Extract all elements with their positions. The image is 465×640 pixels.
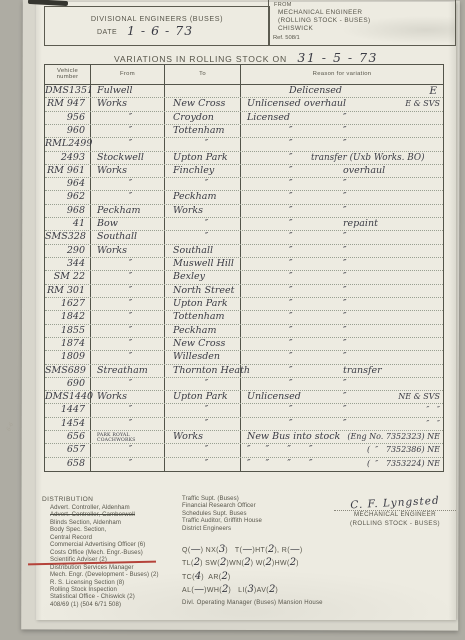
distribution-item: Costs Office (Mech. Engr.-Buses): [42, 550, 192, 557]
reason-secondary: ″: [343, 418, 347, 431]
recipient-item: Financial Research Officer: [182, 503, 357, 510]
from-cell: ″: [91, 298, 165, 310]
sender-box: DIVISIONAL ENGINEERS (BUSES) DATE 1 - 6 …: [44, 6, 270, 46]
vehicle-number-cell: 960: [45, 125, 91, 137]
from-cell: ″: [91, 138, 165, 150]
vehicle-number-cell: 690: [45, 378, 91, 390]
from-cell: Southall: [91, 231, 165, 243]
table-header-row: Vehicle number From To Reason for variat…: [45, 65, 443, 85]
reason-cell: ″″: [241, 138, 443, 150]
vehicle-number: RM 961: [47, 165, 85, 176]
to-cell: ″: [165, 444, 241, 456]
recipient-item: Traffic Supt. (Buses): [182, 496, 357, 503]
reason-secondary: repaint: [343, 218, 378, 231]
reason-secondary: ″: [343, 285, 347, 298]
reason-cell: ″″: [241, 378, 443, 390]
table-row: RML2499″″″″: [45, 138, 443, 151]
vehicle-number-cell: SMS328: [45, 231, 91, 243]
from-value: Works: [97, 245, 127, 256]
reason-cell: ″″: [241, 351, 443, 363]
reason-ditto-1: ″: [289, 325, 293, 338]
from-value: Bow: [97, 218, 118, 229]
reason-secondary: ″: [343, 338, 347, 351]
handwritten-count: —: [242, 544, 252, 555]
col-header-to: To: [165, 65, 241, 84]
to-cell: Tottenham: [165, 311, 241, 323]
table-row: 1454″″″″″ ″: [45, 418, 443, 431]
to-cell: ″: [165, 138, 241, 150]
reason-secondary: ″: [343, 325, 347, 338]
to-value: New Cross: [173, 338, 225, 349]
vehicle-number-cell: RML2499: [45, 138, 91, 150]
vehicle-number: DMS1351: [45, 85, 93, 96]
reason-secondary: transfer: [343, 365, 382, 378]
from-cell: ″: [91, 444, 165, 456]
vehicle-number-cell: 1447: [45, 404, 91, 416]
reason-ditto-1: ″: [289, 205, 293, 218]
reason-cell: ″″″ ″: [241, 404, 443, 416]
to-value: Willesden: [173, 351, 220, 362]
table-row: 1874″New Cross″″: [45, 338, 443, 351]
to-value: Muswell Hill: [173, 258, 234, 269]
reason-ditto-1: ″: [289, 191, 293, 204]
reason-secondary: ″: [343, 298, 347, 311]
to-value: Works: [173, 205, 203, 216]
divl-operating-manager-line: Divl. Operating Manager (Buses) Mansion …: [182, 600, 323, 606]
vehicle-number: 344: [67, 258, 85, 269]
reason-code-annotation: E & SVS: [405, 98, 440, 111]
to-cell: Croydon: [165, 112, 241, 124]
reason-ditto-1: ″: [289, 365, 293, 378]
reason-ditto-1: ″: [289, 165, 293, 178]
distribution-items: Advert. Controller, AldenhamAdvert. Cont…: [42, 505, 192, 609]
reason-cell: ″″: [241, 231, 443, 243]
from-cell: ″: [91, 285, 165, 297]
vehicle-number-cell: RM 961: [45, 165, 91, 177]
reason-secondary: ″: [343, 311, 347, 324]
signatory-title-2: (ROLLING STOCK - BUSES): [334, 520, 456, 529]
distribution-item: Advert. Controller, Camberwell: [42, 512, 192, 519]
reason-cell: New Bus into stock(Eng No. 7352323) NE: [241, 431, 443, 443]
district-code-line: TL(2) SW(2)WN(2) W(2)HW(2): [182, 557, 372, 570]
vehicle-number: 964: [67, 178, 85, 189]
from-value: Peckham: [97, 205, 140, 216]
reason-secondary: ″: [343, 378, 347, 391]
reason-secondary: ″: [343, 191, 347, 204]
vehicle-number-cell: 1627: [45, 298, 91, 310]
from-value: Stockwell: [97, 152, 144, 163]
vehicle-number: 956: [67, 112, 85, 123]
vehicle-number: 657: [67, 444, 85, 455]
reason-ditto-1: ″: [289, 271, 293, 284]
reason-ditto-1: ″: [289, 378, 293, 391]
vehicle-number-cell: 1809: [45, 351, 91, 363]
from-value: ″: [97, 311, 164, 324]
reason-code-annotation: ( ″ 7352386) NE: [367, 444, 440, 457]
to-value: ″: [173, 178, 240, 191]
handwritten-count: 2: [222, 584, 228, 595]
to-cell: New Cross: [165, 98, 241, 110]
from-value: ″: [97, 378, 164, 391]
vehicle-number-cell: 1855: [45, 325, 91, 337]
from-value: ″: [97, 404, 164, 417]
table-row: RM 301″North Street″″: [45, 285, 443, 298]
from-value: ″: [97, 138, 164, 151]
reason-secondary: transfer (Uxb Works. BO): [311, 152, 425, 165]
table-row: SMS328Southall″″″: [45, 231, 443, 244]
reason-secondary: ″: [343, 125, 347, 138]
from-value: ″: [97, 298, 164, 311]
reason-secondary: ″: [343, 391, 347, 404]
to-cell: ″: [165, 218, 241, 230]
distribution-item: Advert. Controller, Aldenham: [42, 505, 192, 512]
table-row: 1627″Upton Park″″: [45, 298, 443, 311]
vehicle-number: RM 947: [47, 98, 85, 109]
date-value-handwritten: 1 - 6 - 73: [127, 23, 193, 38]
distribution-item: Blinds Section, Aldenham: [42, 520, 192, 527]
reason-secondary: ″: [343, 112, 347, 125]
to-value: North Street: [173, 285, 234, 296]
reason-cell: ″transfer: [241, 365, 443, 377]
vehicle-number: 290: [67, 245, 85, 256]
reason-secondary: ″: [343, 258, 347, 271]
vehicle-number-cell: DMS1440: [45, 391, 91, 403]
from-cell: ″: [91, 458, 165, 471]
from-cell: ″: [91, 125, 165, 137]
distribution-item: Body Spec. Section,: [42, 527, 192, 534]
handwritten-count: 2: [194, 557, 200, 568]
vehicle-number-cell: RM 947: [45, 98, 91, 110]
handwritten-count: 4: [195, 571, 201, 582]
from-cell: ″: [91, 325, 165, 337]
vehicle-number: DMS1440: [45, 391, 93, 402]
vehicle-number: RML2499: [45, 138, 92, 149]
reason-cell: ″″: [241, 258, 443, 270]
vehicle-number: SM 22: [54, 271, 85, 282]
to-cell: ″: [165, 458, 241, 471]
from-cell: ″: [91, 418, 165, 430]
from-value: ″: [97, 258, 164, 271]
reason-secondary: ″: [343, 231, 347, 244]
reason-code-annotation: ″ ″: [426, 404, 440, 417]
table-row: 968PeckhamWorks″″: [45, 205, 443, 218]
to-value: Thornton Heath: [173, 365, 250, 376]
to-value: New Cross: [173, 98, 225, 109]
vehicle-number-cell: 344: [45, 258, 91, 270]
to-cell: Bexley: [165, 271, 241, 283]
to-value: Upton Park: [173, 152, 228, 163]
handwritten-count: —: [191, 544, 201, 555]
table-row: 964″″″″: [45, 178, 443, 191]
reason-ditto-1: Delicensed: [289, 85, 342, 98]
recipient-item: Traffic Auditor, Griffith House: [182, 518, 357, 525]
table-row: 656PARK ROYAL COACHWORKSWorksNew Bus int…: [45, 431, 443, 444]
to-value: Upton Park: [173, 298, 228, 309]
distribution-heading: DISTRIBUTION: [42, 496, 192, 503]
vehicle-number-cell: 658: [45, 458, 91, 471]
from-value: PARK ROYAL COACHWORKS: [97, 431, 164, 443]
recipient-item: Schedules Supt. Buses: [182, 511, 357, 518]
reason-secondary: ″: [343, 138, 347, 151]
reason-secondary: ″: [343, 351, 347, 364]
from-value: ″: [97, 418, 164, 431]
to-cell: ″: [165, 178, 241, 190]
table-row: 41Bow″″repaint: [45, 218, 443, 231]
reason-ditto-1: ″: [289, 231, 293, 244]
to-cell: ″: [165, 418, 241, 430]
reason-cell: ″ ″ ″ ″( ″ 7353224) NE: [241, 458, 443, 471]
from-value: ″: [97, 285, 164, 298]
handwritten-count: 2: [268, 544, 274, 555]
reason-ditto-1: ″: [289, 125, 293, 138]
from-cell: Works: [91, 165, 165, 177]
reason-ditto-1: ″: [289, 152, 293, 165]
to-value: ″: [173, 138, 240, 151]
district-code-line: Q(—) NX(3) T(—)HT(2), R(—): [182, 544, 372, 557]
date-label: DATE: [97, 29, 117, 36]
vehicle-number-cell: 1454: [45, 418, 91, 430]
from-cell: Peckham: [91, 205, 165, 217]
reason-code-annotation: ( ″ 7353224) NE: [367, 458, 440, 471]
table-row: RM 961WorksFinchley″overhaul: [45, 165, 443, 178]
vehicle-number-cell: 41: [45, 218, 91, 230]
reason-code-annotation: (Eng No. 7352323) NE: [347, 431, 440, 444]
recipient-item: District Engineers: [182, 526, 357, 533]
to-cell: North Street: [165, 285, 241, 297]
table-body: DMS1351FulwellDelicensedERM 947WorksNew …: [45, 85, 443, 471]
reason-cell: ″″: [241, 285, 443, 297]
to-cell: [165, 85, 241, 97]
vehicle-number-cell: 2493: [45, 152, 91, 164]
table-row: 344″Muswell Hill″″: [45, 258, 443, 271]
from-cell: Stockwell: [91, 152, 165, 164]
table-row: RM 947WorksNew CrossUnlicensed overhaulE…: [45, 98, 443, 111]
reason-cell: ″transfer (Uxb Works. BO): [241, 152, 443, 164]
table-row: 690″″″″: [45, 378, 443, 391]
vehicle-number: 1874: [61, 338, 85, 349]
reason-code-annotation: NE & SVS: [398, 391, 440, 404]
reason-ditto-1: ″: [289, 311, 293, 324]
vehicle-number: 1855: [61, 325, 85, 336]
reason-cell: ″″: [241, 205, 443, 217]
reference-number: Ref. 508/1: [273, 35, 300, 41]
to-value: ″: [173, 418, 240, 431]
table-row: DMS1351FulwellDelicensedE: [45, 85, 443, 98]
vehicle-number: 656: [67, 431, 85, 442]
reason-cell: ″ ″ ″ ″( ″ 7352386) NE: [241, 444, 443, 456]
reason-cell: ″″: [241, 311, 443, 323]
distribution-item: Scientific Adviser (2): [42, 557, 192, 564]
from-value: ″: [97, 271, 164, 284]
vehicle-number: 960: [67, 125, 85, 136]
distribution-list: DISTRIBUTION Advert. Controller, Aldenha…: [42, 496, 192, 609]
from-value: ″: [97, 112, 164, 125]
reason-cell: ″″: [241, 178, 443, 190]
from-cell: ″: [91, 404, 165, 416]
from-value: ″: [97, 444, 164, 457]
reason-secondary: ″: [343, 404, 347, 417]
vehicle-number: 1454: [61, 418, 85, 429]
vehicle-number: SMS689: [45, 365, 86, 376]
vehicle-number: 1842: [61, 311, 85, 322]
vehicle-number: 1627: [61, 298, 85, 309]
to-cell: Tottenham: [165, 125, 241, 137]
signature-block: C. F. Lyngsted MECHANICAL ENGINEER (ROLL…: [334, 497, 456, 528]
reason-ditto-1: ″: [289, 258, 293, 271]
vehicle-number-cell: 1874: [45, 338, 91, 350]
vehicle-number: 2493: [61, 152, 85, 163]
table-row: 956″CroydonLicensed″: [45, 112, 443, 125]
reason-main: Unlicensed: [247, 391, 301, 404]
to-cell: Peckham: [165, 191, 241, 203]
table-row: 1855″Peckham″″: [45, 325, 443, 338]
to-value: Peckham: [173, 325, 216, 336]
reason-ditto-1: ″: [289, 245, 293, 258]
reason-secondary: ″: [343, 245, 347, 258]
from-cell: ″: [91, 271, 165, 283]
reason-cell: ″repaint: [241, 218, 443, 230]
reason-cell: Unlicensed overhaulE & SVS: [241, 98, 443, 110]
from-cell: Fulwell: [91, 85, 165, 97]
vehicle-number-cell: SMS689: [45, 365, 91, 377]
handwritten-count: 2: [269, 584, 275, 595]
distribution-item: 408/69 (1) (504 6/71 508): [42, 602, 192, 609]
reason-cell: DelicensedE: [241, 85, 443, 97]
distribution-item: R. S. Licensing Section (8): [42, 580, 192, 587]
recipient-line-3: CHISWICK: [278, 25, 313, 33]
to-cell: ″: [165, 231, 241, 243]
reason-code-annotation: E: [429, 85, 437, 98]
reason-main: Unlicensed overhaul: [247, 98, 346, 111]
to-value: ″: [173, 218, 240, 231]
reason-ditto-1: ″: [289, 298, 293, 311]
to-cell: Southall: [165, 245, 241, 257]
from-cell: ″: [91, 351, 165, 363]
handwritten-count: —: [290, 544, 300, 555]
table-row: 1809″Willesden″″: [45, 351, 443, 364]
reason-main: Licensed: [247, 112, 290, 125]
recipient-line-2: (ROLLING STOCK - BUSES): [278, 17, 371, 25]
table-row: SM 22″Bexley″″: [45, 271, 443, 284]
district-codes: Q(—) NX(3) T(—)HT(2), R(—)TL(2) SW(2)WN(…: [182, 544, 372, 598]
to-cell: Muswell Hill: [165, 258, 241, 270]
to-value: ″: [173, 444, 240, 457]
handwritten-count: 2: [265, 557, 271, 568]
to-value: ″: [173, 231, 240, 244]
table-row: 658″″″ ″ ″ ″( ″ 7353224) NE: [45, 458, 443, 471]
vehicle-number: 1447: [61, 404, 85, 415]
signatory-title-1: MECHANICAL ENGINEER: [334, 511, 456, 520]
to-cell: ″: [165, 378, 241, 390]
handwritten-count: 2: [222, 571, 228, 582]
from-value: Works: [97, 98, 127, 109]
reason-ditto-1: ″: [289, 138, 293, 151]
vehicle-number: SMS328: [45, 231, 86, 242]
from-value: ″: [97, 125, 164, 138]
to-value: ″: [173, 458, 240, 471]
to-value: ″: [173, 378, 240, 391]
from-cell: Works: [91, 245, 165, 257]
reason-ditto-1: ″: [289, 338, 293, 351]
from-cell: ″: [91, 378, 165, 390]
vehicle-number: 658: [67, 458, 85, 469]
form-title-printed: VARIATIONS IN ROLLING STOCK ON: [114, 54, 287, 64]
to-cell: Upton Park: [165, 152, 241, 164]
to-value: Southall: [173, 245, 213, 256]
table-row: 290WorksSouthall″″: [45, 245, 443, 258]
distribution-item: Rolling Stock Inspection: [42, 587, 192, 594]
distribution-item: Statistical Office - Chiswick (2): [42, 594, 192, 601]
from-cell: ″: [91, 112, 165, 124]
table-row: SMS689StreathamThornton Heath″transfer: [45, 365, 443, 378]
to-cell: Upton Park: [165, 298, 241, 310]
vehicle-number-cell: 1842: [45, 311, 91, 323]
district-code-line: TC(4) AR(2): [182, 571, 372, 584]
distribution-item: Commercial Advertising Officer (6): [42, 542, 192, 549]
table-row: DMS1440WorksUpton ParkUnlicensed″NE & SV…: [45, 391, 443, 404]
reason-secondary: ″: [343, 271, 347, 284]
to-cell: Upton Park: [165, 391, 241, 403]
to-value: Finchley: [173, 165, 214, 176]
to-value: Croydon: [173, 112, 214, 123]
from-cell: ″: [91, 191, 165, 203]
vehicle-number-cell: DMS1351: [45, 85, 91, 97]
reason-cell: Licensed″: [241, 112, 443, 124]
vehicle-number: 968: [67, 205, 85, 216]
from-label: FROM: [274, 2, 292, 8]
distribution-item: Distribution Services Manager: [42, 565, 192, 572]
vehicle-number-cell: 962: [45, 191, 91, 203]
vehicle-number: RM 301: [47, 285, 85, 296]
rolling-stock-table: Vehicle number From To Reason for variat…: [44, 64, 444, 472]
reason-ditto-1: ″: [289, 178, 293, 191]
from-cell: Streatham: [91, 365, 165, 377]
vehicle-number-cell: SM 22: [45, 271, 91, 283]
reason-secondary: overhaul: [343, 165, 385, 178]
recipients-list: Traffic Supt. (Buses)Financial Research …: [182, 496, 357, 533]
reason-cell: ″″: [241, 271, 443, 283]
to-value: Tottenham: [173, 311, 225, 322]
distribution-item: Mech. Engr. (Development - Buses) (2): [42, 572, 192, 579]
vehicle-number-cell: 964: [45, 178, 91, 190]
reason-cell: ″″: [241, 325, 443, 337]
to-cell: Finchley: [165, 165, 241, 177]
division-title: DIVISIONAL ENGINEERS (BUSES): [45, 14, 269, 23]
vehicle-number: 962: [67, 191, 85, 202]
from-value: ″: [97, 351, 164, 364]
reason-cell: ″″: [241, 191, 443, 203]
to-value: Works: [173, 431, 203, 442]
vehicle-number-cell: 956: [45, 112, 91, 124]
reason-cell: ″″: [241, 298, 443, 310]
reason-cell: ″″: [241, 338, 443, 350]
to-value: Bexley: [173, 271, 205, 282]
reason-cell: ″″″ ″: [241, 418, 443, 430]
to-cell: Works: [165, 205, 241, 217]
handwritten-count: 2: [220, 557, 226, 568]
reason-ditto-1: ″: [289, 285, 293, 298]
vehicle-number: 1809: [61, 351, 85, 362]
from-value: ″: [97, 325, 164, 338]
from-cell: Works: [91, 98, 165, 110]
from-cell: ″: [91, 178, 165, 190]
district-code-line: AL(—)WH(2) LI(3)AV(2): [182, 584, 372, 597]
vehicle-number-cell: RM 301: [45, 285, 91, 297]
scanned-document: 6-6 DIVISIONAL ENGINEERS (BUSES) DATE 1 …: [0, 0, 465, 640]
form-page: DIVISIONAL ENGINEERS (BUSES) DATE 1 - 6 …: [36, 2, 456, 620]
table-row: 1447″″″″″ ″: [45, 404, 443, 417]
handwritten-count: 3: [248, 584, 254, 595]
